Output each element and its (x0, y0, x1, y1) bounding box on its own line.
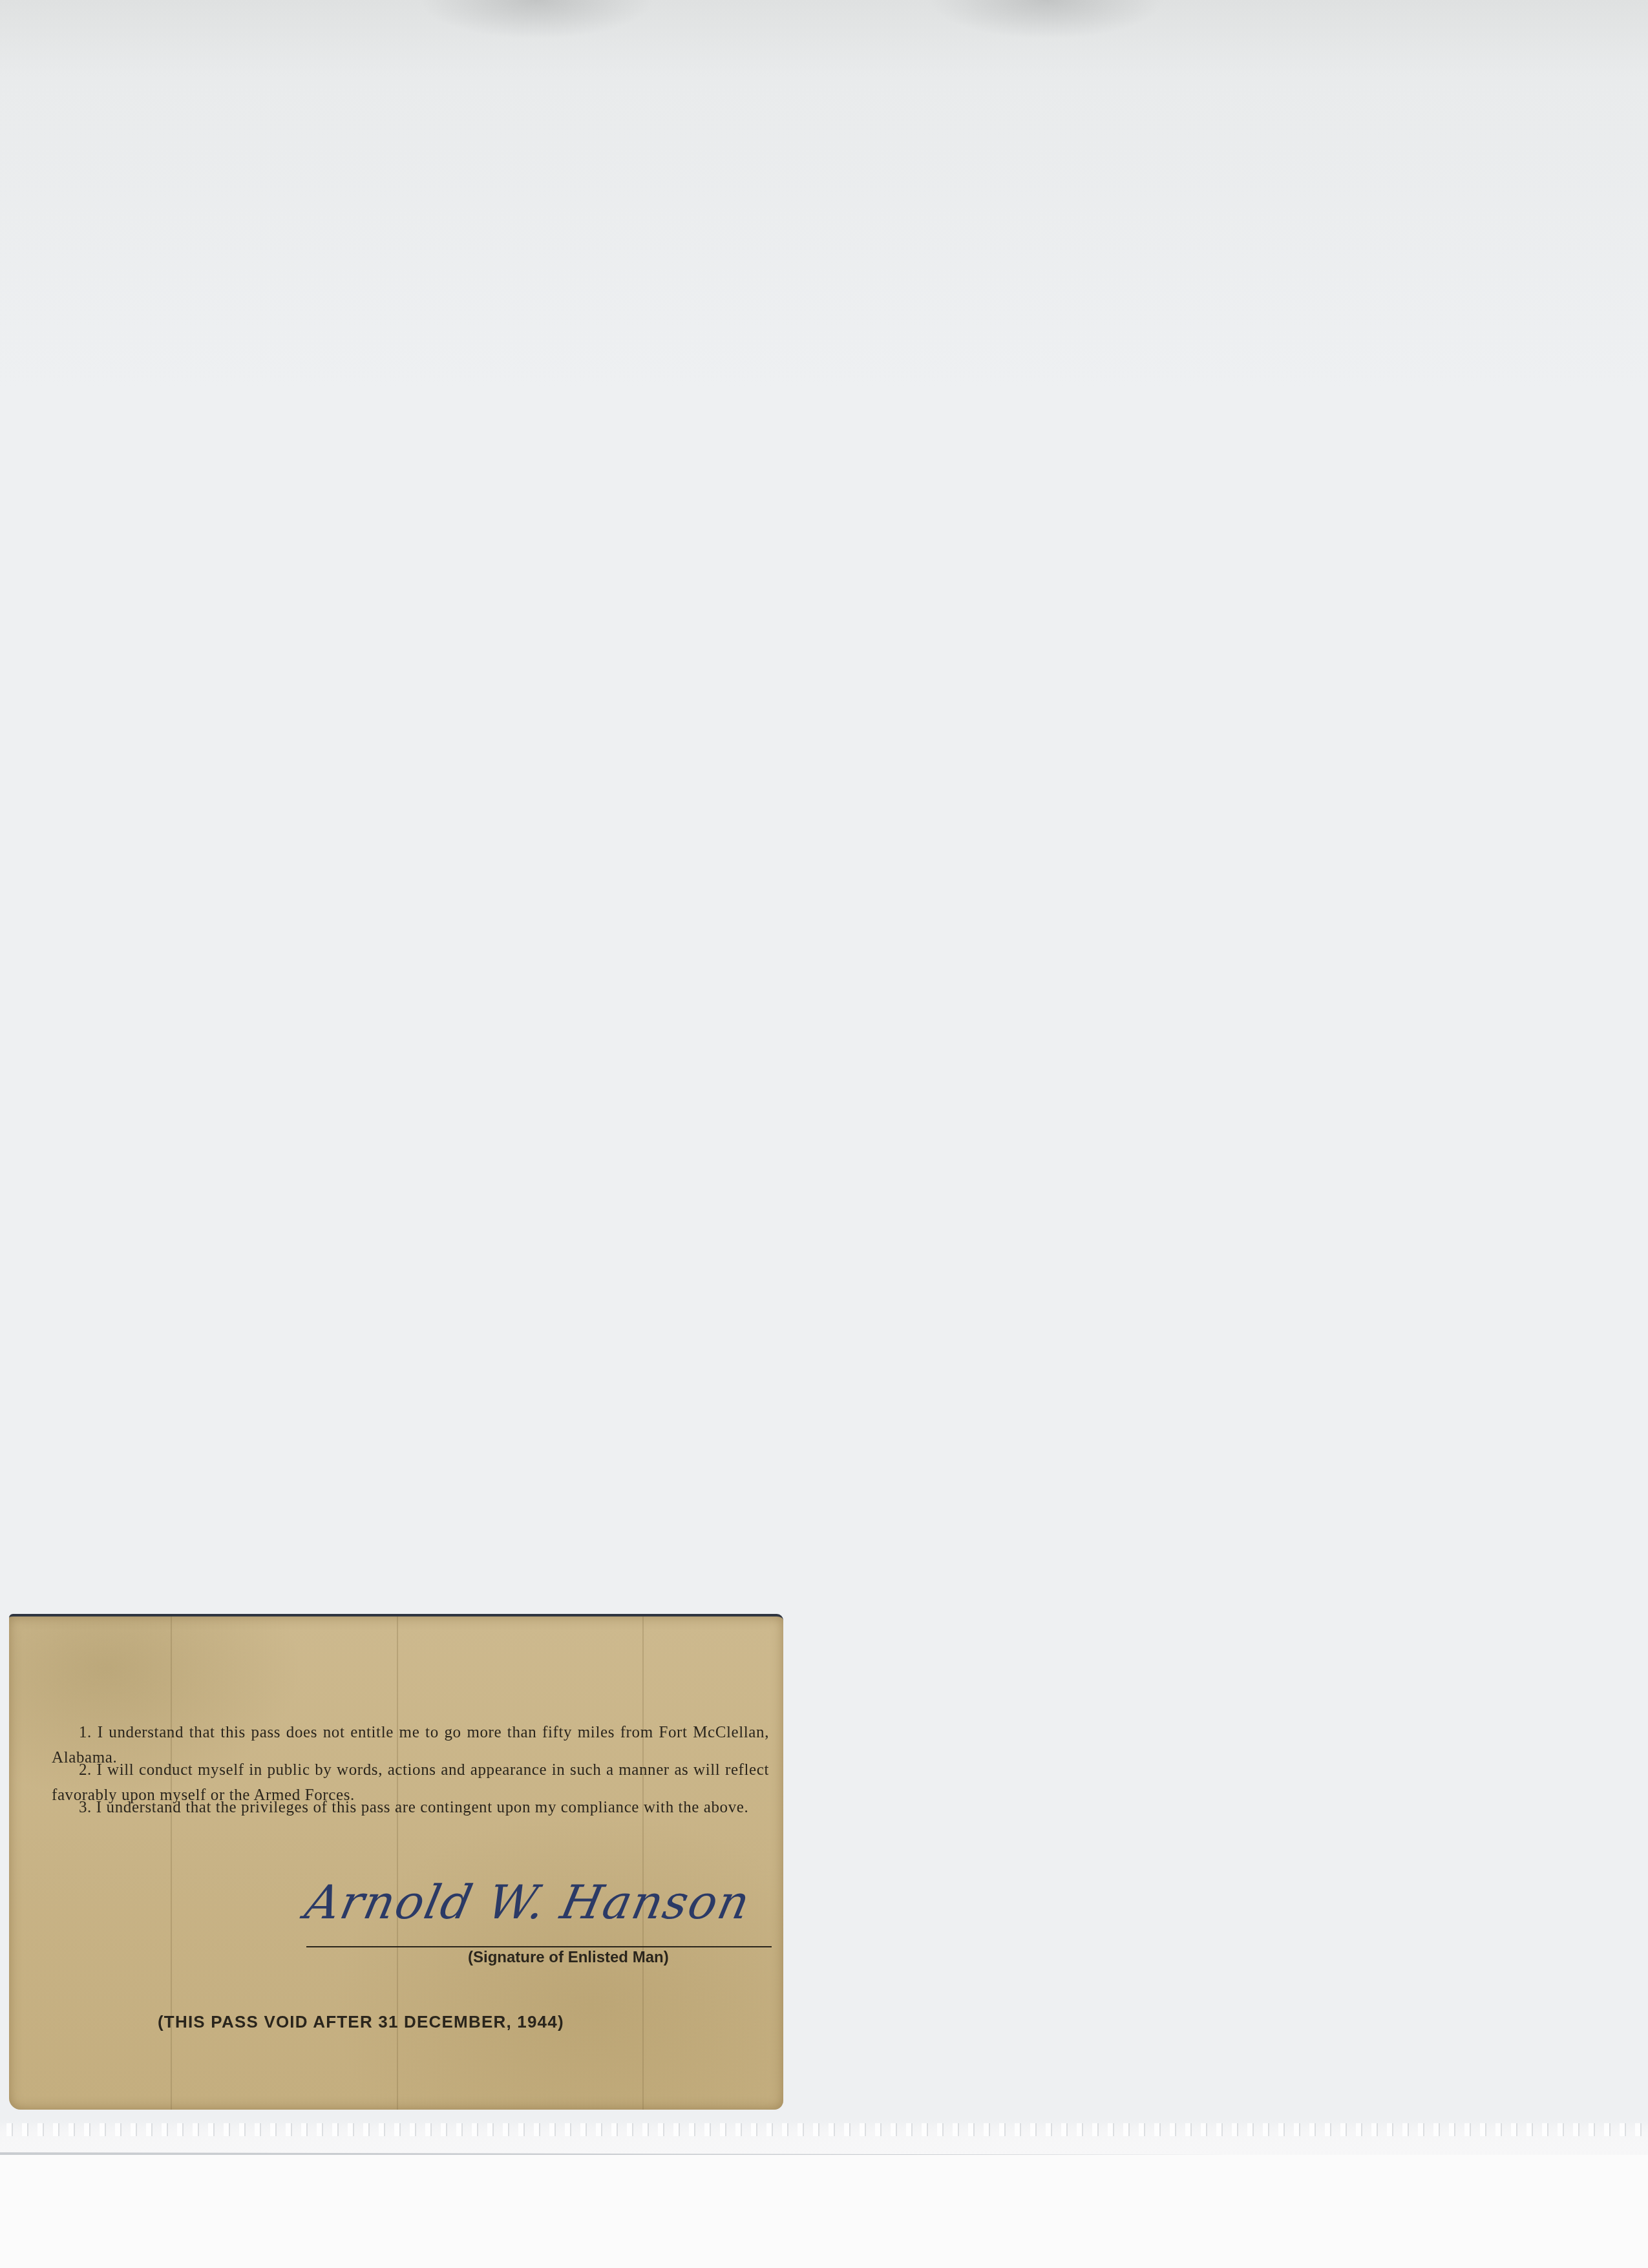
signature-line (306, 1946, 772, 1947)
paragraph-number: 2. (79, 1761, 92, 1779)
paragraph-number: 1. (79, 1724, 92, 1741)
card-crease (397, 1616, 398, 2110)
signature-caption: (Signature of Enlisted Man) (468, 1949, 669, 1967)
sheet-protector-seam (0, 2123, 1648, 2136)
card-crease (642, 1616, 644, 2110)
backing-sheet (0, 2155, 1648, 2268)
paragraph-3: 3. I understand that the privileges of t… (52, 1795, 769, 1820)
paragraph-number: 3. (79, 1799, 92, 1816)
paragraph-text: I understand that the privileges of this… (96, 1799, 749, 1816)
card-crease (171, 1616, 172, 2110)
scanner-shadow (0, 0, 1648, 39)
signature-block: Arnold W. Hanson (Signature of Enlisted … (293, 1875, 772, 1946)
handwritten-signature: Arnold W. Hanson (301, 1875, 755, 1929)
pass-card: 1. I understand that this pass does not … (9, 1614, 783, 2110)
void-notice: (THIS PASS VOID AFTER 31 DECEMBER, 1944) (158, 2012, 564, 2032)
